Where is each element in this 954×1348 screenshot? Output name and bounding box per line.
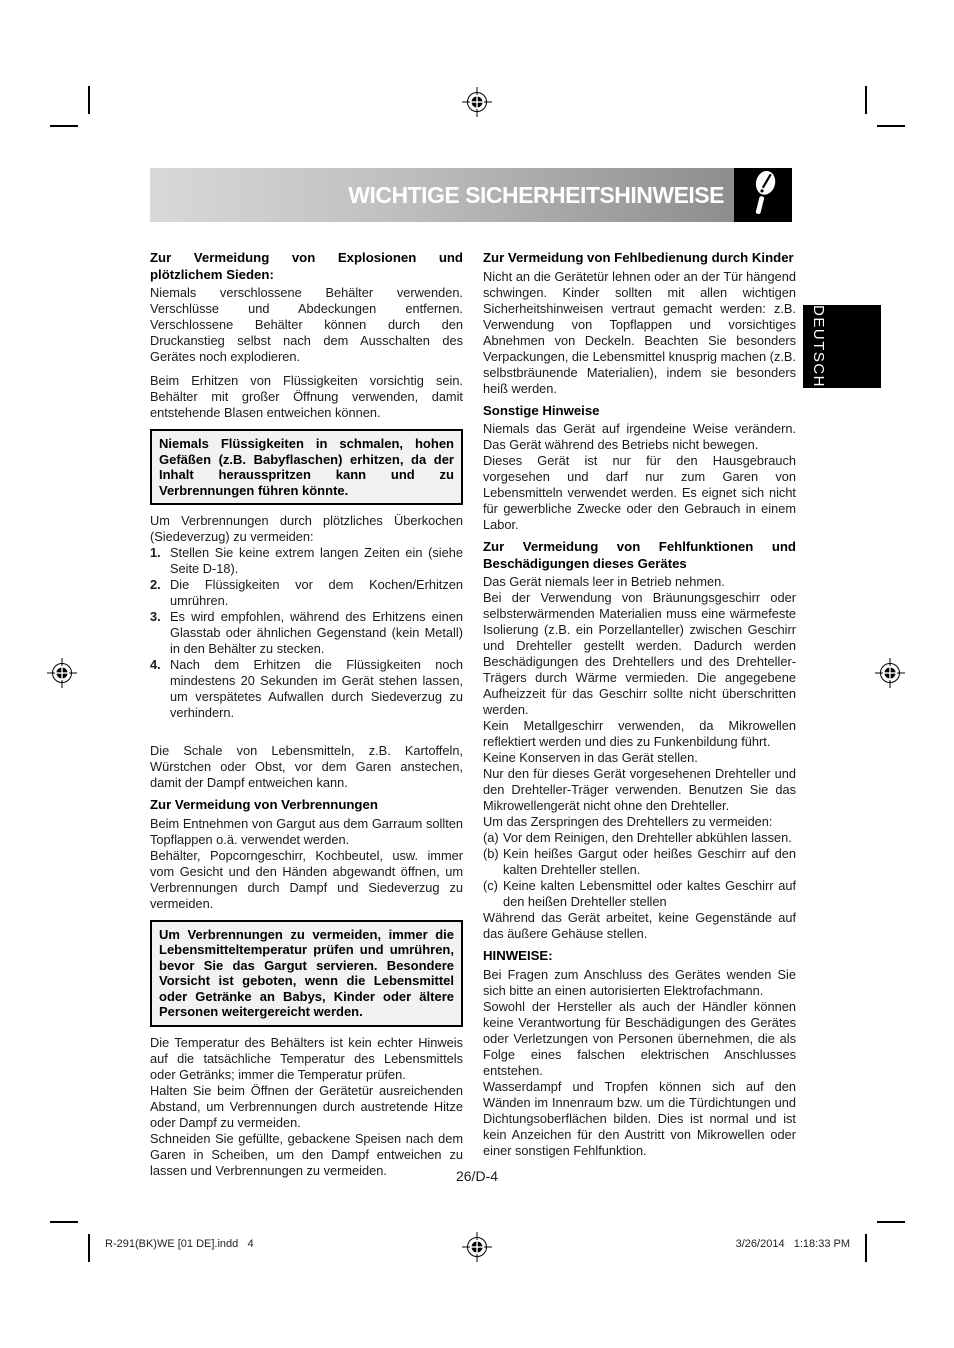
left-heading-9: Zur Vermeidung von Verbrennungen [150,797,463,814]
left-para-3: Beim Erhitzen von Flüssigkeiten vorsicht… [150,373,463,421]
list-item-text: Nach dem Erhitzen die Flüssigkeiten noch… [170,657,463,721]
crop-mark [50,1221,78,1223]
left-column: Zur Vermeidung von Explosionen und plötz… [150,248,463,1179]
list-item-label: 1. [150,545,170,577]
left-heading-0: Zur Vermeidung von Explosionen und plötz… [150,250,463,283]
crop-mark [877,125,905,127]
page-number: 26/D-4 [0,1168,954,1184]
right-para-10: Nur den für dieses Gerät vorgesehenen Dr… [483,766,796,814]
crop-mark [865,86,867,114]
list-item-label: (a) [483,830,503,846]
list-item-text: Es wird empfohlen, während des Erhitzens… [170,609,463,657]
right-para-13: Während das Gerät arbeitet, keine Gegens… [483,910,796,942]
registration-mark-icon [46,657,78,689]
right-para-11: Um das Zerspringen des Drehtellers zu ve… [483,814,796,830]
right-para-1: Nicht an die Gerätetür lehnen oder an de… [483,269,796,397]
right-list-item-b: (b)Kein heißes Gargut oder heißes Geschi… [483,846,796,878]
left-list-item-4: 4.Nach dem Erhitzen die Flüssigkeiten no… [150,657,463,721]
list-item-label: 2. [150,577,170,609]
left-list-item-1: 1.Stellen Sie keine extrem langen Zeiten… [150,545,463,577]
language-tab-deutsch: DEUTSCH [803,305,881,388]
list-item-label: 4. [150,657,170,721]
right-list-item-c: (c)Keine kalten Lebensmittel oder kaltes… [483,878,796,910]
crop-mark [88,1234,90,1262]
left-list-item-3: 3.Es wird empfohlen, während des Erhitze… [150,609,463,657]
right-heading-0: Zur Vermeidung von Fehlbedienung durch K… [483,250,796,267]
footer-file-name: R-291(BK)WE [01 DE].indd 4 [105,1238,254,1250]
list-item-text: Die Flüssigkeiten vor dem Kochen/Erhitze… [170,577,463,609]
right-column: Zur Vermeidung von Fehlbedienung durch K… [483,248,796,1179]
left-para-14: Halten Sie beim Öffnen der Gerätetür aus… [150,1083,463,1131]
registration-mark-icon [461,86,493,118]
left-para-1: Niemals verschlossene Behälter verwenden… [150,285,463,365]
left-box-4: Niemals Flüssigkeiten in schmalen, hohen… [150,429,463,505]
content-columns: Zur Vermeidung von Explosionen und plötz… [150,248,796,1179]
list-item-text: Vor dem Reinigen, den Drehteller abkühle… [503,830,796,846]
right-para-17: Wasserdampf und Tropfen können sich auf … [483,1079,796,1159]
crop-mark [877,1221,905,1223]
list-item-label: 3. [150,609,170,657]
left-para-13: Die Temperatur des Behälters ist kein ec… [150,1035,463,1083]
left-para-5: Um Verbrennungen durch plötzliches Überk… [150,513,463,545]
registration-mark-icon [874,657,906,689]
page-title: WICHTIGE SICHERHEITSHINWEISE [348,182,724,209]
left-para-11: Behälter, Popcorngeschirr, Kochbeutel, u… [150,848,463,912]
language-tab-label: DEUTSCH [811,305,826,388]
crop-mark [88,86,90,114]
footer-timestamp: 3/26/2014 1:18:33 PM [736,1238,850,1250]
right-para-4: Dieses Gerät ist nur für den Hausgebrauc… [483,453,796,533]
left-list-item-2: 2.Die Flüssigkeiten vor dem Kochen/Erhit… [150,577,463,609]
crop-mark [865,1234,867,1262]
right-para-15: Bei Fragen zum Anschluss des Gerätes wen… [483,967,796,999]
left-gap-2 [150,365,463,373]
right-list-item-a: (a)Vor dem Reinigen, den Drehteller abkü… [483,830,796,846]
right-para-8: Kein Metallgeschirr verwenden, da Mikrow… [483,718,796,750]
left-para-8: Die Schale von Lebensmitteln, z.B. Karto… [150,743,463,791]
header-icon-box [734,168,792,222]
list-item-text: Keine kalten Lebensmittel oder kaltes Ge… [503,878,796,910]
right-para-6: Das Gerät niemals leer in Betrieb nehmen… [483,574,796,590]
list-item-text: Stellen Sie keine extrem langen Zeiten e… [170,545,463,577]
registration-mark-icon [461,1231,493,1263]
crop-mark [50,125,78,127]
left-box-12: Um Verbrennungen zu vermeiden, immer die… [150,920,463,1027]
right-letterlist-12: (a)Vor dem Reinigen, den Drehteller abkü… [483,830,796,910]
right-para-9: Keine Konserven in das Gerät stellen. [483,750,796,766]
right-para-3: Niemals das Gerät auf irgendeine Weise v… [483,421,796,453]
right-heading-5: Zur Vermeidung von Fehlfunktionen und Be… [483,539,796,572]
right-para-7: Bei der Verwendung von Bräunungsgeschirr… [483,590,796,718]
right-para-16: Sowohl der Hersteller als auch der Händl… [483,999,796,1079]
list-item-text: Kein heißes Gargut oder heißes Geschirr … [503,846,796,878]
left-gap-7 [150,721,463,743]
spoon-icon [741,170,785,221]
left-numlist-6: 1.Stellen Sie keine extrem langen Zeiten… [150,545,463,721]
right-heading-2: Sonstige Hinweise [483,403,796,420]
right-heading-14: HINWEISE: [483,948,796,965]
page-header-bar: WICHTIGE SICHERHEITSHINWEISE [150,168,734,222]
list-item-label: (c) [483,878,503,910]
list-item-label: (b) [483,846,503,878]
left-para-10: Beim Entnehmen von Gargut aus dem Garrau… [150,816,463,848]
